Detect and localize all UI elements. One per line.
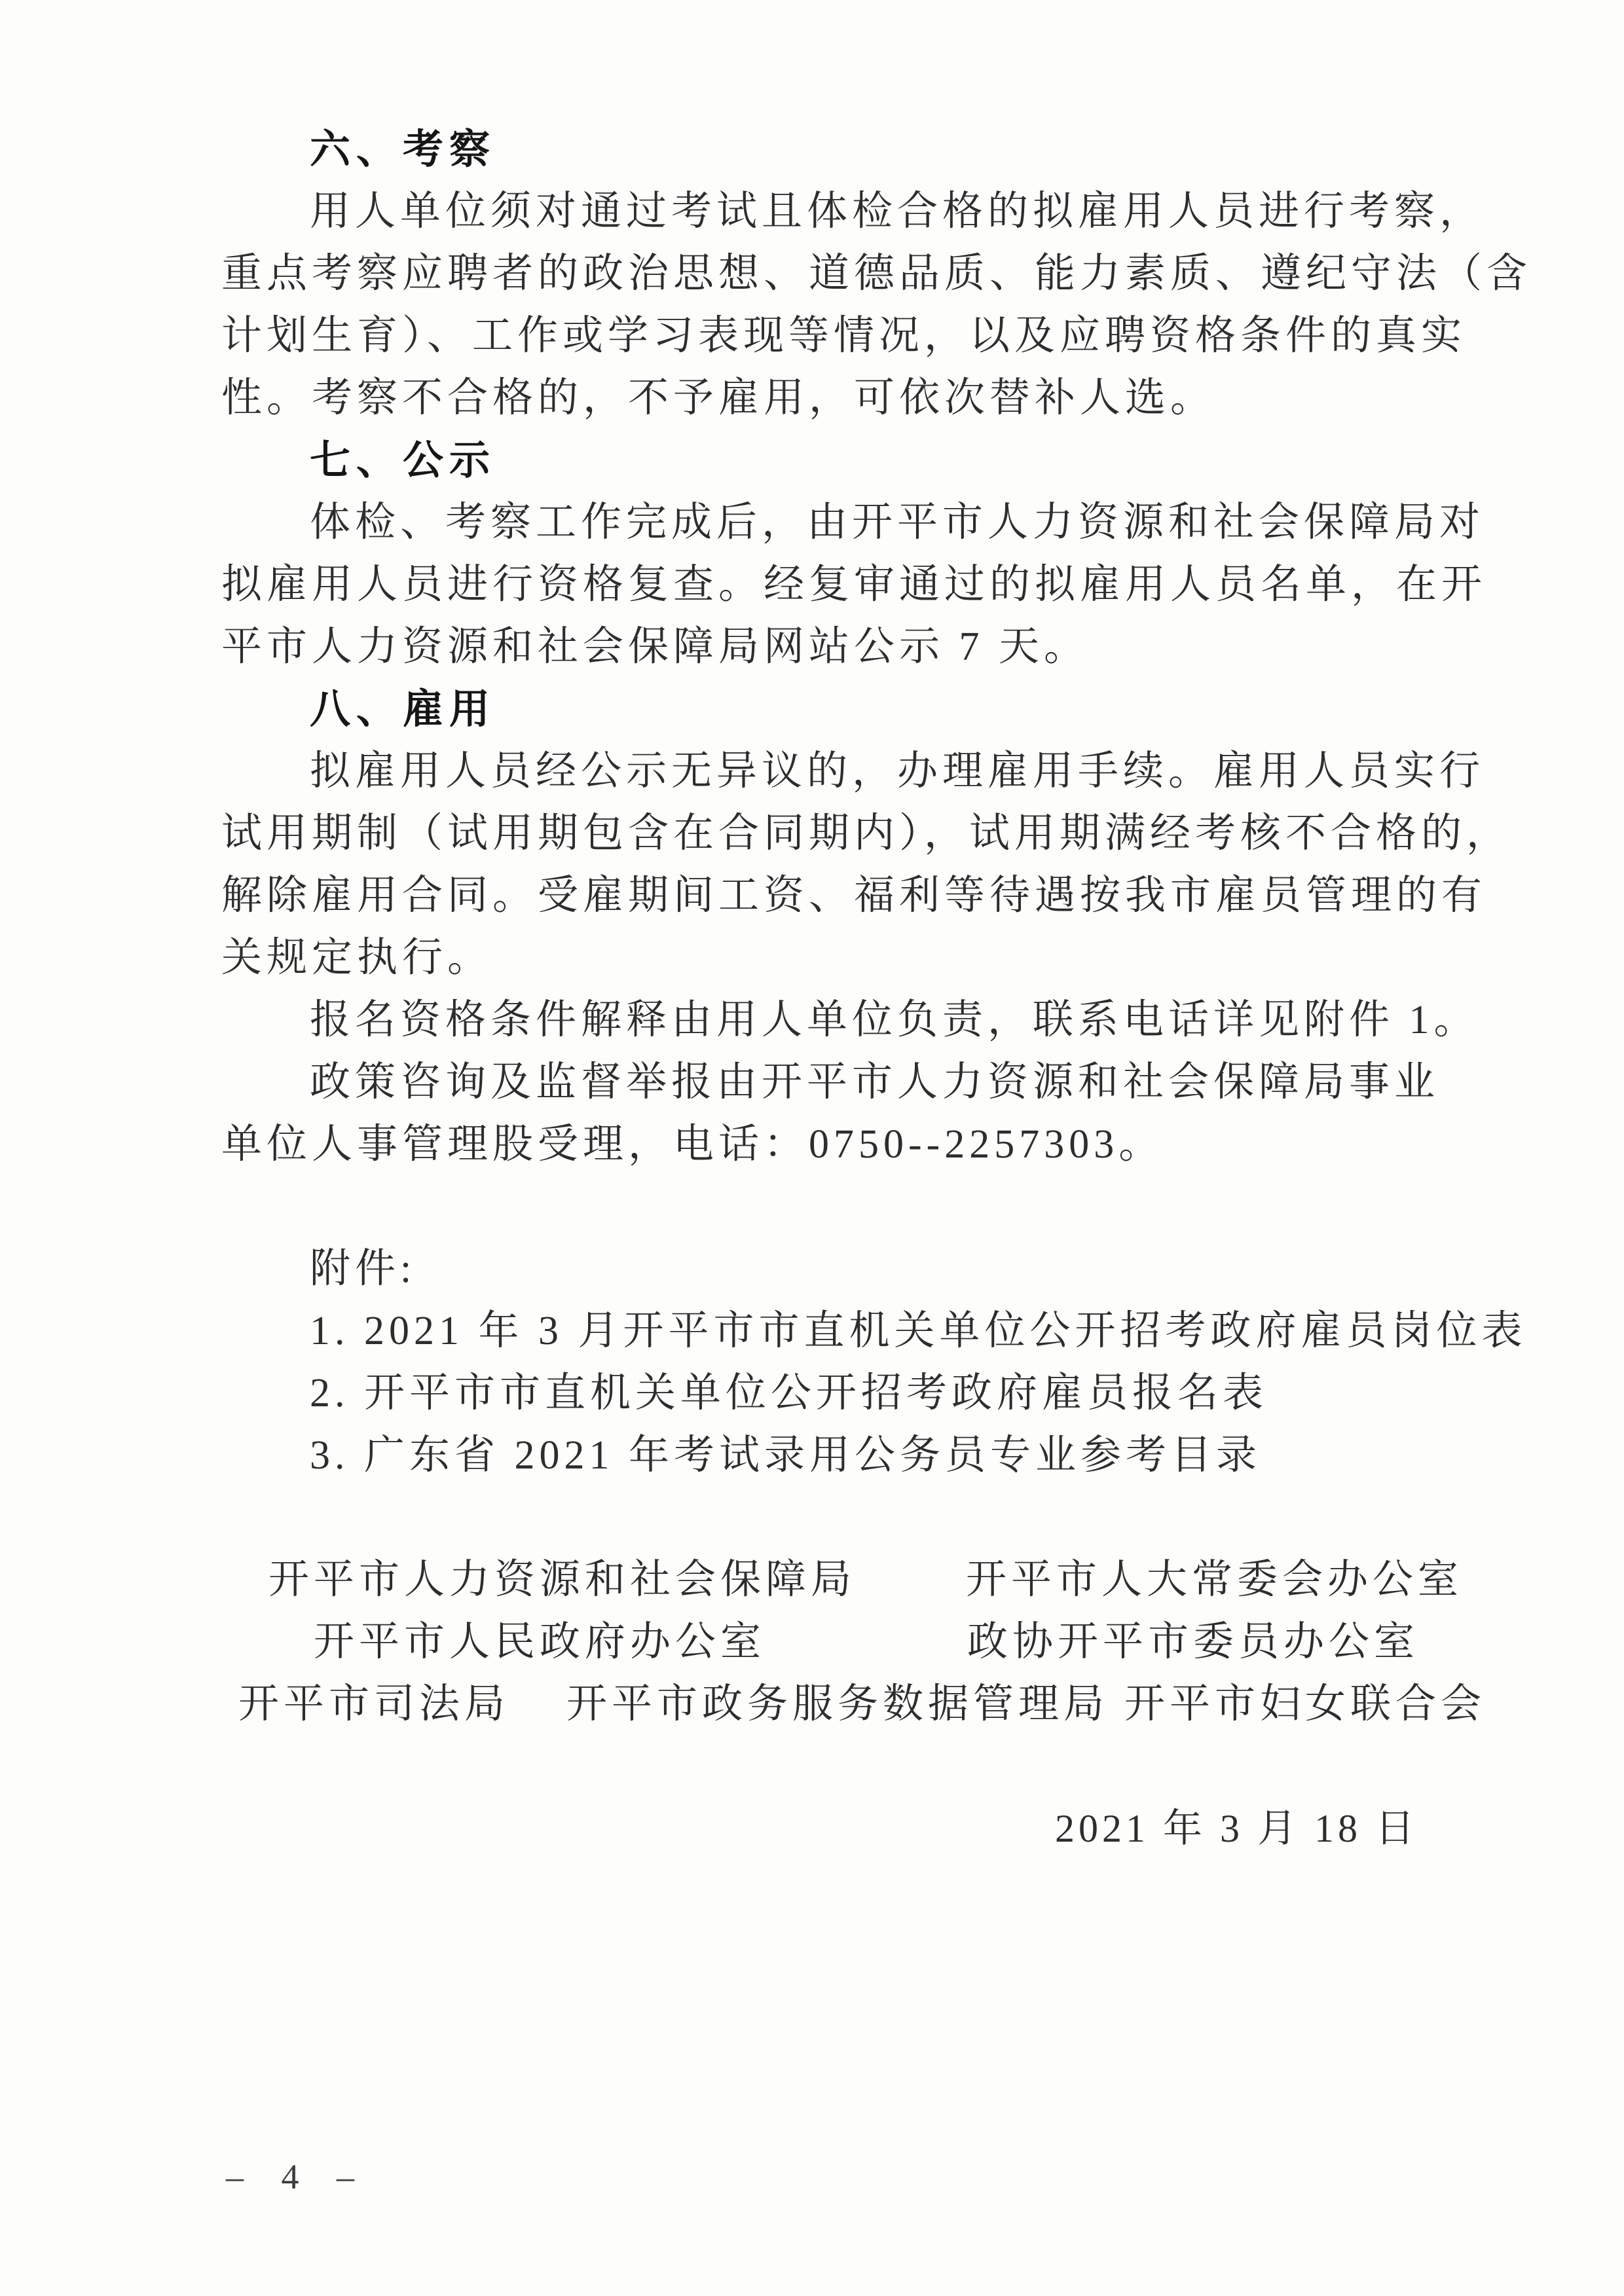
signature-row: 开平市司法局 开平市政务服务数据管理局 开平市妇女联合会 [0,1673,1624,1736]
signature-org: 开平市人力资源和社会保障局 [268,1549,856,1611]
attachment-item: 3. 广东省 2021 年考试录用公务员专业参考目录 [310,1425,1261,1487]
signature-row: 开平市人力资源和社会保障局 开平市人大常委会办公室 [0,1549,1624,1611]
attachment-item: 1. 2021 年 3 月开平市市直机关单位公开招考政府雇员岗位表 [310,1300,1527,1362]
section-heading-guyong: 八、雇用 [310,678,496,740]
attachment-item: 2. 开平市市直机关单位公开招考政府雇员报名表 [310,1362,1268,1425]
attachments-label: 附件: [310,1238,416,1300]
signature-org: 开平市妇女联合会 [1124,1673,1486,1736]
body-line: 拟雇用人员进行资格复查。经复审通过的拟雇用人员名单，在开 [221,554,1486,616]
section-heading-kaocha: 六、考察 [310,118,496,181]
body-line: 用人单位须对通过考试且体检合格的拟雇用人员进行考察， [310,181,1485,243]
body-line: 解除雇用合同。受雇期间工资、福利等待遇按我市雇员管理的有 [221,865,1486,927]
signature-row: 开平市人民政府办公室 政协开平市委员办公室 [0,1611,1624,1673]
body-line: 报名资格条件解释由用人单位负责，联系电话详见附件 1。 [310,989,1479,1051]
body-line: 政策咨询及监督举报由开平市人力资源和社会保障局事业 [310,1051,1439,1114]
body-line: 拟雇用人员经公示无异议的，办理雇用手续。雇用人员实行 [310,740,1485,803]
body-line: 关规定执行。 [221,927,492,989]
body-line: 计划生育）、工作或学习表现等情况，以及应聘资格条件的真实 [221,305,1466,367]
signature-org: 开平市政务服务数据管理局 [566,1673,1109,1736]
document-page: 六、考察 用人单位须对通过考试且体检合格的拟雇用人员进行考察， 重点考察应聘者的… [0,0,1624,2296]
body-line: 性。考察不合格的，不予雇用，可依次替补人选。 [221,367,1215,429]
signature-org: 开平市司法局 [238,1673,509,1736]
signature-org: 开平市人大常委会办公室 [966,1549,1463,1611]
signature-org: 政协开平市委员办公室 [967,1611,1419,1673]
section-heading-gongshi: 七、公示 [310,429,496,492]
body-line: 体检、考察工作完成后，由开平市人力资源和社会保障局对 [310,492,1485,554]
body-line: 重点考察应聘者的政治思想、道德品质、能力素质、遵纪守法（含 [221,243,1532,305]
body-line: 平市人力资源和社会保障局网站公示 7 天。 [221,616,1089,678]
signature-org: 开平市人民政府办公室 [314,1611,766,1673]
page-number: – 4 – [226,2154,369,2200]
body-line: 试用期制（试用期包含在合同期内），试用期满经考核不合格的， [221,803,1511,865]
document-date: 2021 年 3 月 18 日 [1055,1798,1418,1860]
body-line: 单位人事管理股受理，电话：0750--2257303。 [221,1114,1164,1176]
